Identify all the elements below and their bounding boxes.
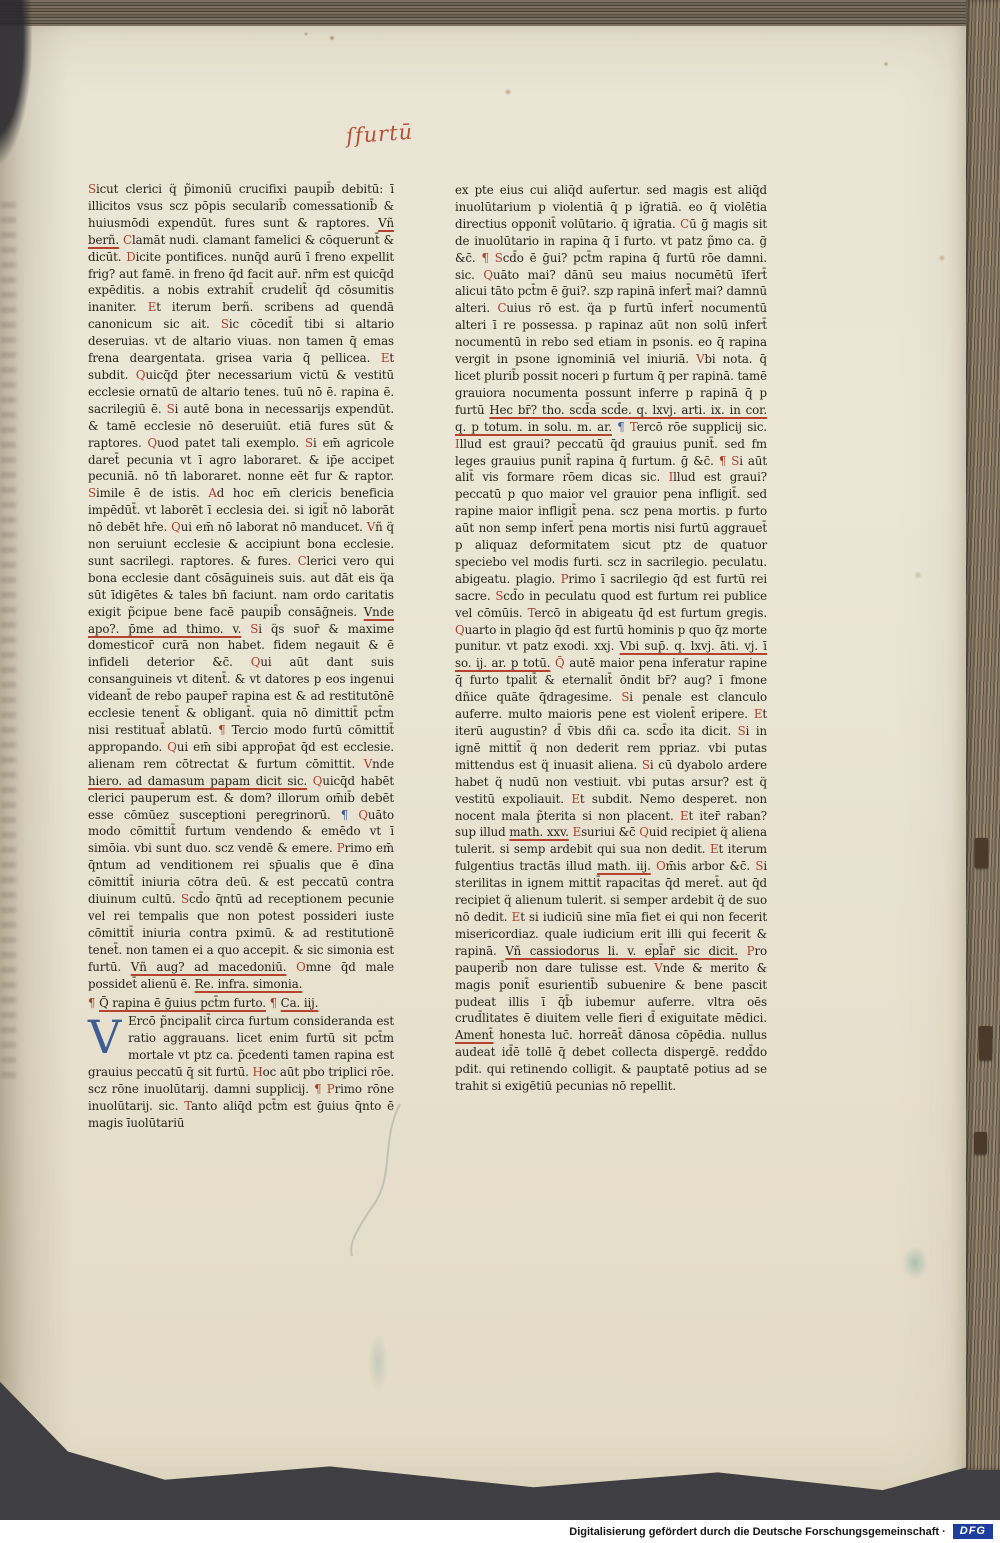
text-run: O — [656, 859, 666, 873]
text-run: A — [208, 486, 216, 500]
text-run: T — [630, 420, 637, 434]
text-run: llud est graui? peccatū p quo maior vel … — [455, 470, 767, 585]
text-run: C — [680, 217, 689, 231]
text-run: ui em̄ nō laborat nō manducet. — [181, 520, 367, 534]
text-run: S — [88, 182, 96, 196]
text-run: Q — [147, 436, 157, 450]
text-run: hiero. ad damasum papam dicit sic. — [88, 774, 307, 788]
text-run: Q — [167, 740, 177, 754]
text-run: E — [148, 300, 157, 314]
text-run: D — [126, 250, 135, 264]
caption-text: Digitalisierung gefördert durch die Deut… — [569, 1526, 946, 1538]
dfg-logo[interactable]: DFG — [953, 1524, 993, 1539]
text-run: S — [221, 317, 229, 331]
text-run: S — [88, 486, 96, 500]
text-run: Ca. iij. — [281, 996, 319, 1010]
text-run: ¶ — [314, 1082, 327, 1096]
digitization-caption-bar: Digitalisierung gefördert durch die Deut… — [0, 1520, 1000, 1543]
text-run: ¶ — [88, 996, 99, 1010]
ink-smudge — [368, 1332, 388, 1392]
text-run: S — [167, 402, 175, 416]
text-run: S — [642, 758, 650, 772]
text-run: ¶ — [719, 454, 731, 468]
book-fore-edge — [966, 0, 1000, 1470]
text-run: icut clerici q̈ p̃imoniū crucifixi paupi… — [88, 182, 394, 230]
text-run: ¶ — [270, 996, 281, 1010]
text-run: honesta luc̄. horreāt̄ dānosa cōpēdia. n… — [455, 1028, 767, 1093]
text-run: S — [181, 892, 189, 906]
text-run: S — [495, 251, 503, 265]
text-run: uod patet tali exemplo. — [157, 436, 305, 450]
illuminated-initial: V — [88, 1013, 128, 1059]
text-run: ¶ — [218, 723, 231, 737]
text-run: Q̄ — [555, 656, 565, 670]
text-run: ¶ — [617, 420, 630, 434]
text-run: C — [123, 233, 132, 247]
book-head-edge — [0, 0, 1000, 26]
text-run: imile ē de istis. — [96, 486, 208, 500]
text-run: nde — [372, 757, 394, 771]
paragraph: Sicut clerici q̈ p̃imoniū crucifixi paup… — [88, 181, 394, 993]
text-column-left: Sicut clerici q̈ p̃imoniū crucifixi paup… — [88, 181, 394, 1134]
text-run: Vñ cassiodorus li. v. epl̄ar̄ sic dicit. — [505, 944, 738, 958]
text-run: Q — [639, 825, 649, 839]
bookmark-tab — [974, 1132, 987, 1154]
text-run: Vñ aug? ad macedoniū. — [131, 960, 287, 974]
text-column-right: ex pte eius cui aliq̄d aufertur. sed mag… — [455, 182, 767, 1097]
text-run: V — [367, 520, 375, 534]
text-run: S — [738, 724, 746, 738]
text-run: C — [298, 554, 307, 568]
text-run — [738, 944, 747, 958]
text-run: E — [571, 792, 580, 806]
text-run: P — [327, 1082, 335, 1096]
text-run: Q̄ rapina ē ḡuius pct̄m furto. — [99, 996, 266, 1010]
text-run: Q — [171, 520, 181, 534]
text-run: Re. infra. simonia. — [195, 977, 303, 991]
text-run: Q — [358, 808, 368, 822]
text-run: suriui &c̄ — [581, 825, 639, 839]
ink-flourish — [338, 1100, 418, 1260]
text-run: math. xxv. — [509, 825, 568, 839]
text-run: E — [573, 825, 582, 839]
text-run: P — [337, 841, 345, 855]
text-run: S — [305, 436, 313, 450]
book-page: ſfurtū Sicut clerici q̈ p̃imoniū crucifi… — [0, 22, 970, 1508]
chapter-heading: ¶ Q̄ rapina ē ḡuius pct̄m furto. ¶ Ca. i… — [88, 995, 394, 1012]
text-run: Q — [483, 268, 493, 282]
ink-smudge — [902, 1246, 928, 1280]
folio-annotation: ſfurtū — [345, 120, 414, 149]
verso-bleedthrough — [1, 202, 16, 1082]
text-run: math. iij. — [597, 859, 651, 873]
text-run — [241, 622, 250, 636]
scanned-book-photo: { "footer": { "caption": "Digitalisierun… — [0, 0, 1000, 1543]
text-run: H — [252, 1065, 262, 1079]
text-run: Ament̄ — [455, 1028, 494, 1042]
text-run — [286, 960, 296, 974]
text-run: ercō in abigeatu q̄d est furtum gregis. — [535, 606, 768, 620]
text-run: V — [364, 757, 372, 771]
text-run: Q — [313, 774, 323, 788]
text-run: E — [512, 910, 521, 924]
bookmark-tab — [979, 1026, 992, 1060]
paragraph: ex pte eius cui aliq̄d aufertur. sed mag… — [455, 182, 767, 1095]
text-run: T — [528, 606, 535, 620]
text-run: V — [654, 961, 662, 975]
text-run: ¶ — [341, 808, 359, 822]
text-run: Q — [251, 655, 261, 669]
text-run: ¶ — [481, 251, 494, 265]
bookmark-tab — [975, 838, 988, 868]
text-run: O — [296, 960, 306, 974]
text-run: Q — [455, 623, 465, 637]
text-run: ercō rōe supplicij sic. — [637, 420, 767, 434]
text-run: m̄is arbor &c̄. — [666, 859, 756, 873]
book-spine-corner — [0, 0, 32, 166]
